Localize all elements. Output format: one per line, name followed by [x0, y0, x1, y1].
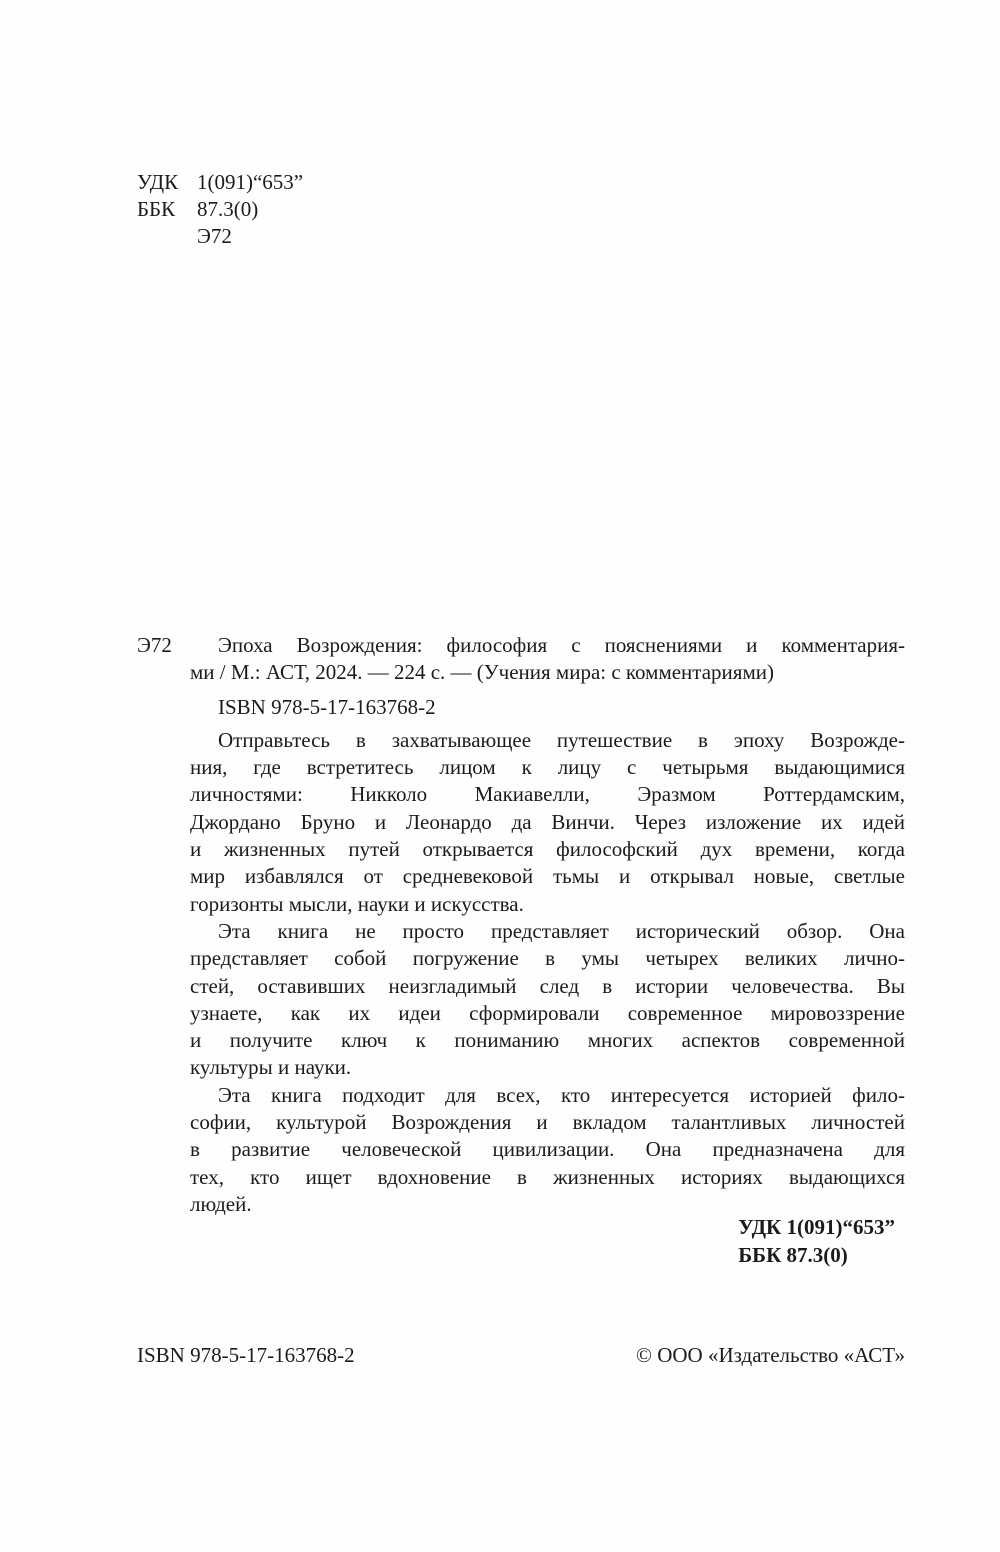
text-line: культуры и науки.: [190, 1054, 905, 1081]
text-line: Джордано Бруно и Леонардо да Винчи. Чере…: [190, 809, 905, 836]
text-line: и получите ключ к пониманию многих аспек…: [190, 1027, 905, 1054]
text-line: ния, где встретитесь лицом к лицу с четы…: [190, 754, 905, 781]
top-classification-block: УДК 1(091)“653” ББК 87.3(0) Э72: [137, 169, 303, 250]
book-imprint-page: УДК 1(091)“653” ББК 87.3(0) Э72 Э72 Эпох…: [0, 0, 1000, 1552]
text-line: софии, культурой Возрождения и вкладом т…: [190, 1109, 905, 1136]
text-line: Эта книга не просто представляет историч…: [190, 918, 905, 945]
body-text-column: Э72 Эпоха Возрождения: философия с поясн…: [190, 632, 905, 1269]
bottom-classification-wrap: УДК 1(091)“653” ББК 87.3(0): [190, 1214, 905, 1269]
text-line: и жизненных путей открывается философски…: [190, 836, 905, 863]
catalog-entry: Э72 Эпоха Возрождения: философия с поясн…: [190, 632, 905, 687]
text-line: узнаете, как их идеи сформировали соврем…: [190, 1000, 905, 1027]
bottom-udk: УДК 1(091)“653”: [738, 1214, 895, 1241]
author-sign-label: [137, 223, 197, 250]
catalog-code: Э72: [137, 632, 172, 659]
annotation-paragraph-3: Эта книга подходит для всех, кто интерес…: [190, 1082, 905, 1218]
udk-row: УДК 1(091)“653”: [137, 169, 303, 196]
annotation-paragraph-1: Отправьтесь в захватывающее путешествие …: [190, 727, 905, 918]
udk-value: 1(091)“653”: [197, 169, 303, 196]
text-line: стей, оставивших неизгладимый след в ист…: [190, 973, 905, 1000]
bottom-bbk: ББК 87.3(0): [738, 1242, 895, 1269]
footer-isbn: ISBN 978-5-17-163768-2: [137, 1342, 355, 1369]
bbk-value: 87.3(0): [197, 196, 258, 223]
catalog-entry-text: Эпоха Возрождения: философия с пояснения…: [190, 632, 905, 687]
author-sign-row: Э72: [137, 223, 303, 250]
footer-copyright: © ООО «Издательство «АСТ»: [636, 1342, 905, 1369]
bbk-row: ББК 87.3(0): [137, 196, 303, 223]
bottom-classification-block: УДК 1(091)“653” ББК 87.3(0): [738, 1214, 895, 1269]
text-line: Эта книга подходит для всех, кто интерес…: [190, 1082, 905, 1109]
text-line: горизонты мысли, науки и искусства.: [190, 891, 905, 918]
isbn-line: ISBN 978-5-17-163768-2: [190, 694, 905, 721]
bbk-label: ББК: [137, 196, 197, 223]
main-text-block: Э72 Эпоха Возрождения: философия с поясн…: [137, 632, 905, 1269]
udk-label: УДК: [137, 169, 197, 196]
text-line: представляет собой погружение в умы четы…: [190, 945, 905, 972]
text-line: ми / М.: АСТ, 2024. — 224 с. — (Учения м…: [190, 659, 905, 686]
text-line: личностями: Никколо Макиавелли, Эразмом …: [190, 781, 905, 808]
text-line: мир избавлялся от средневековой тьмы и о…: [190, 863, 905, 890]
footer-line: ISBN 978-5-17-163768-2 © ООО «Издательст…: [137, 1342, 905, 1369]
text-line: в развитие человеческой цивилизации. Она…: [190, 1136, 905, 1163]
author-sign-value: Э72: [197, 223, 232, 250]
text-line: тех, кто ищет вдохновение в жизненных ис…: [190, 1164, 905, 1191]
text-line: Отправьтесь в захватывающее путешествие …: [190, 727, 905, 754]
text-line: Эпоха Возрождения: философия с пояснения…: [190, 632, 905, 659]
annotation-paragraph-2: Эта книга не просто представляет историч…: [190, 918, 905, 1082]
